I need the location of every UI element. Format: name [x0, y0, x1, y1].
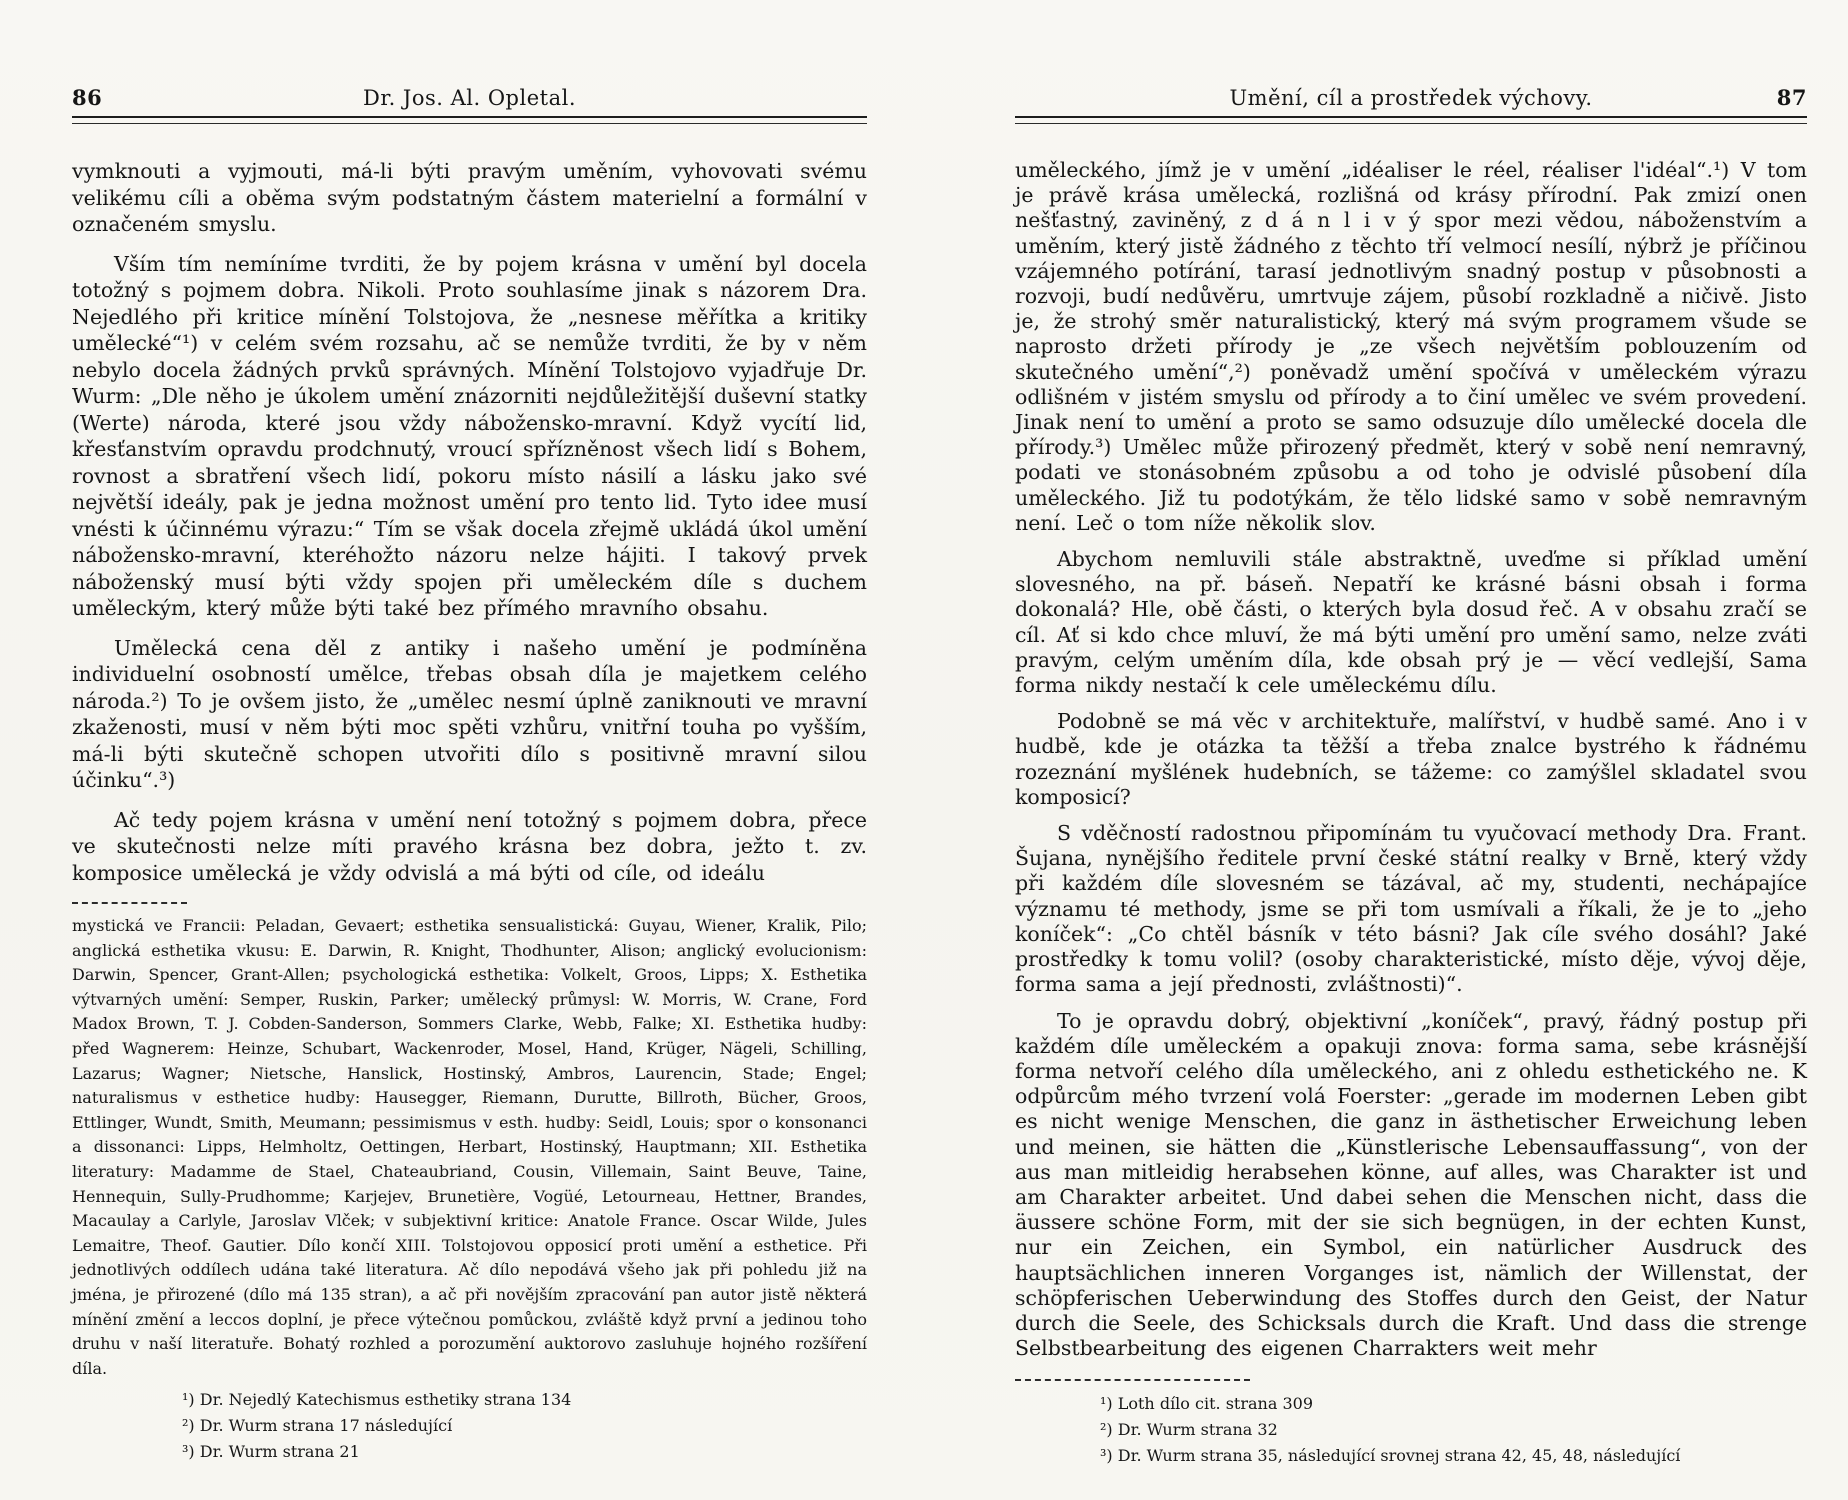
- body-paragraph: S vděčností radostnou připomínám tu vyuč…: [1015, 821, 1807, 997]
- right-running-header: Umění, cíl a prostředek výchovy.: [1085, 86, 1737, 110]
- footnote-item: ³) Dr. Wurm strana 35, následující srovn…: [1015, 1443, 1807, 1469]
- body-paragraph: To je opravdu dobrý, objektivní „koníček…: [1015, 1009, 1807, 1362]
- footnote-item: ²) Dr. Wurm strana 32: [1015, 1417, 1807, 1443]
- body-paragraph: Umělecká cena děl z antiky i našeho uměn…: [72, 635, 867, 794]
- right-header-rule: [1015, 116, 1807, 124]
- right-footnote-separator: [1015, 1379, 1250, 1381]
- footnote-item: ¹) Loth dílo cit. strana 309: [1015, 1391, 1807, 1417]
- body-paragraph: Abychom nemluvili stále abstraktně, uveď…: [1015, 547, 1807, 698]
- right-footnote-list: ¹) Loth dílo cit. strana 309 ²) Dr. Wurm…: [1015, 1391, 1807, 1469]
- right-body-text: uměleckého, jímž je v umění „idéaliser l…: [1015, 158, 1807, 1361]
- right-page-header: Umění, cíl a prostředek výchovy. 87: [1015, 85, 1807, 110]
- left-page: 86 Dr. Jos. Al. Opletal. vymknouti a vyj…: [72, 85, 867, 1465]
- footnote-continuation: mystická ve Francii: Peladan, Gevaert; e…: [72, 914, 867, 1381]
- footnote-item: ¹) Dr. Nejedlý Katechismus esthetiky str…: [72, 1387, 867, 1413]
- left-page-number: 86: [72, 85, 142, 110]
- left-running-header: Dr. Jos. Al. Opletal.: [142, 86, 797, 110]
- footnote-item: ²) Dr. Wurm strana 17 následující: [72, 1413, 867, 1439]
- footnote-item: ³) Dr. Wurm strana 21: [72, 1439, 867, 1465]
- body-paragraph: vymknouti a vyjmouti, má-li býti pravým …: [72, 158, 867, 238]
- body-paragraph: Podobně se má věc v architektuře, malířs…: [1015, 709, 1807, 810]
- left-body-text: vymknouti a vyjmouti, má-li býti pravým …: [72, 158, 867, 886]
- left-footnote-list: ¹) Dr. Nejedlý Katechismus esthetiky str…: [72, 1387, 867, 1465]
- body-paragraph: Ač tedy pojem krásna v umění není totožn…: [72, 807, 867, 887]
- right-page: Umění, cíl a prostředek výchovy. 87 uměl…: [1015, 85, 1807, 1469]
- right-page-number: 87: [1737, 85, 1807, 110]
- body-paragraph: Vším tím nemíníme tvrditi, že by pojem k…: [72, 251, 867, 622]
- left-footnote-separator: [72, 902, 187, 904]
- left-page-header: 86 Dr. Jos. Al. Opletal.: [72, 85, 867, 110]
- body-paragraph: uměleckého, jímž je v umění „idéaliser l…: [1015, 158, 1807, 536]
- left-header-rule: [72, 116, 867, 124]
